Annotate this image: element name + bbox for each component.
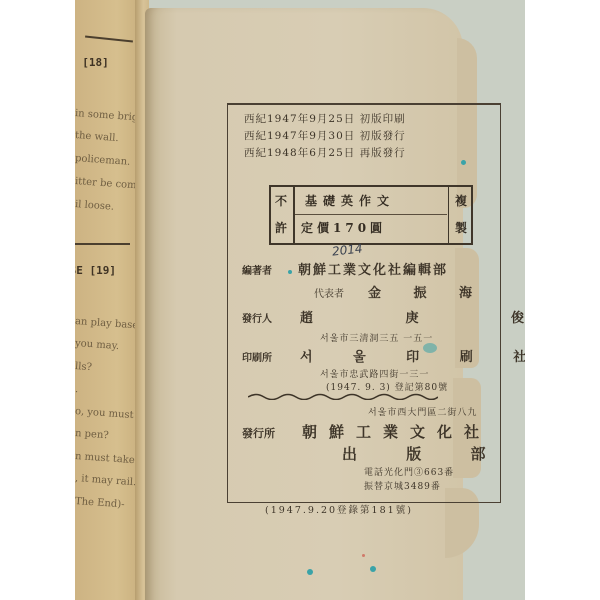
print-date-first: 西紀1947年9月25日 初版印刷 (244, 111, 406, 126)
text-line: il loose. (75, 199, 114, 213)
text-line: policeman. (75, 153, 131, 168)
publisher-person-address: 서울市三淸洞三五 一五一 (320, 331, 433, 344)
text-line: , it may rail. (75, 473, 137, 488)
publisher-department: 出 版 部 (342, 443, 507, 464)
text-line: the wall. (75, 130, 119, 144)
colophon-box: 西紀1947年9月25日 初版印刷 西紀1947年9月30日 初版發行 西紀19… (227, 103, 501, 503)
exercise-heading-18: E [18] (75, 56, 109, 69)
price-box: 不 許 基礎英作文 定價170圓 複 製 (269, 185, 473, 245)
reproduction-char-1: 複 (455, 192, 473, 209)
ink-spot (307, 569, 313, 575)
divider (295, 214, 447, 215)
publisher-address: 서울市西大門區二街八九 (368, 405, 477, 418)
representative-name: 金 振 海 (368, 282, 486, 301)
text-line: you may. (75, 338, 120, 352)
ink-spot (288, 270, 292, 274)
ink-spot (423, 343, 437, 353)
editor-label: 編著者 (242, 262, 272, 277)
top-rule (85, 35, 133, 42)
publisher-account: 振替京城3489番 (364, 479, 441, 492)
handwritten-note: 2014 (331, 241, 363, 258)
not-permitted-char-1: 不 (275, 192, 293, 209)
divider (448, 187, 450, 243)
ink-spot (461, 160, 466, 165)
text-line: lls? (75, 361, 92, 373)
text-line: n pen? (75, 428, 109, 441)
colophon-page: 西紀1947年9月25日 初版印刷 西紀1947年9月30日 初版發行 西紀19… (145, 8, 463, 600)
printer-name: 서 울 印 刷 社 (300, 346, 525, 365)
registration-footer: (1947.9.20登錄第181號) (265, 502, 413, 516)
publisher-phone: 電話光化門③663番 (364, 465, 454, 478)
printer-address: 서울市忠武路四街一三一 (320, 367, 429, 380)
representative-label: 代表者 (314, 285, 344, 300)
publisher-person-label: 發行人 (242, 310, 272, 325)
printer-label: 印刷所 (242, 349, 272, 364)
not-permitted-char-2: 許 (275, 219, 293, 236)
text-line: . (75, 384, 79, 395)
exercise-heading-19: ISE [19] (75, 264, 116, 277)
divider (293, 187, 295, 243)
book-title: 基礎英作文 (305, 192, 395, 209)
publish-date-first: 西紀1947年9月30日 初版發行 (244, 128, 406, 143)
wavy-divider (248, 392, 438, 400)
editor-name: 朝鮮工業文化社編輯部 (298, 259, 448, 278)
publisher-person-name: 趙 庚 俊 (300, 307, 525, 326)
publisher-name: 朝鮮工業文化社 (302, 421, 491, 442)
section-rule (75, 243, 130, 245)
book-price: 定價170圓 (301, 219, 386, 236)
publisher-label: 發行所 (242, 425, 275, 441)
book-photo: E [18] in some bright w the wall. police… (75, 0, 525, 600)
ink-spot (362, 554, 365, 557)
publish-date-second: 西紀1948年6月25日 再版發行 (244, 145, 406, 160)
reproduction-char-2: 製 (455, 219, 473, 236)
ink-spot (370, 566, 376, 572)
the-end-line: The End)- (75, 496, 125, 510)
